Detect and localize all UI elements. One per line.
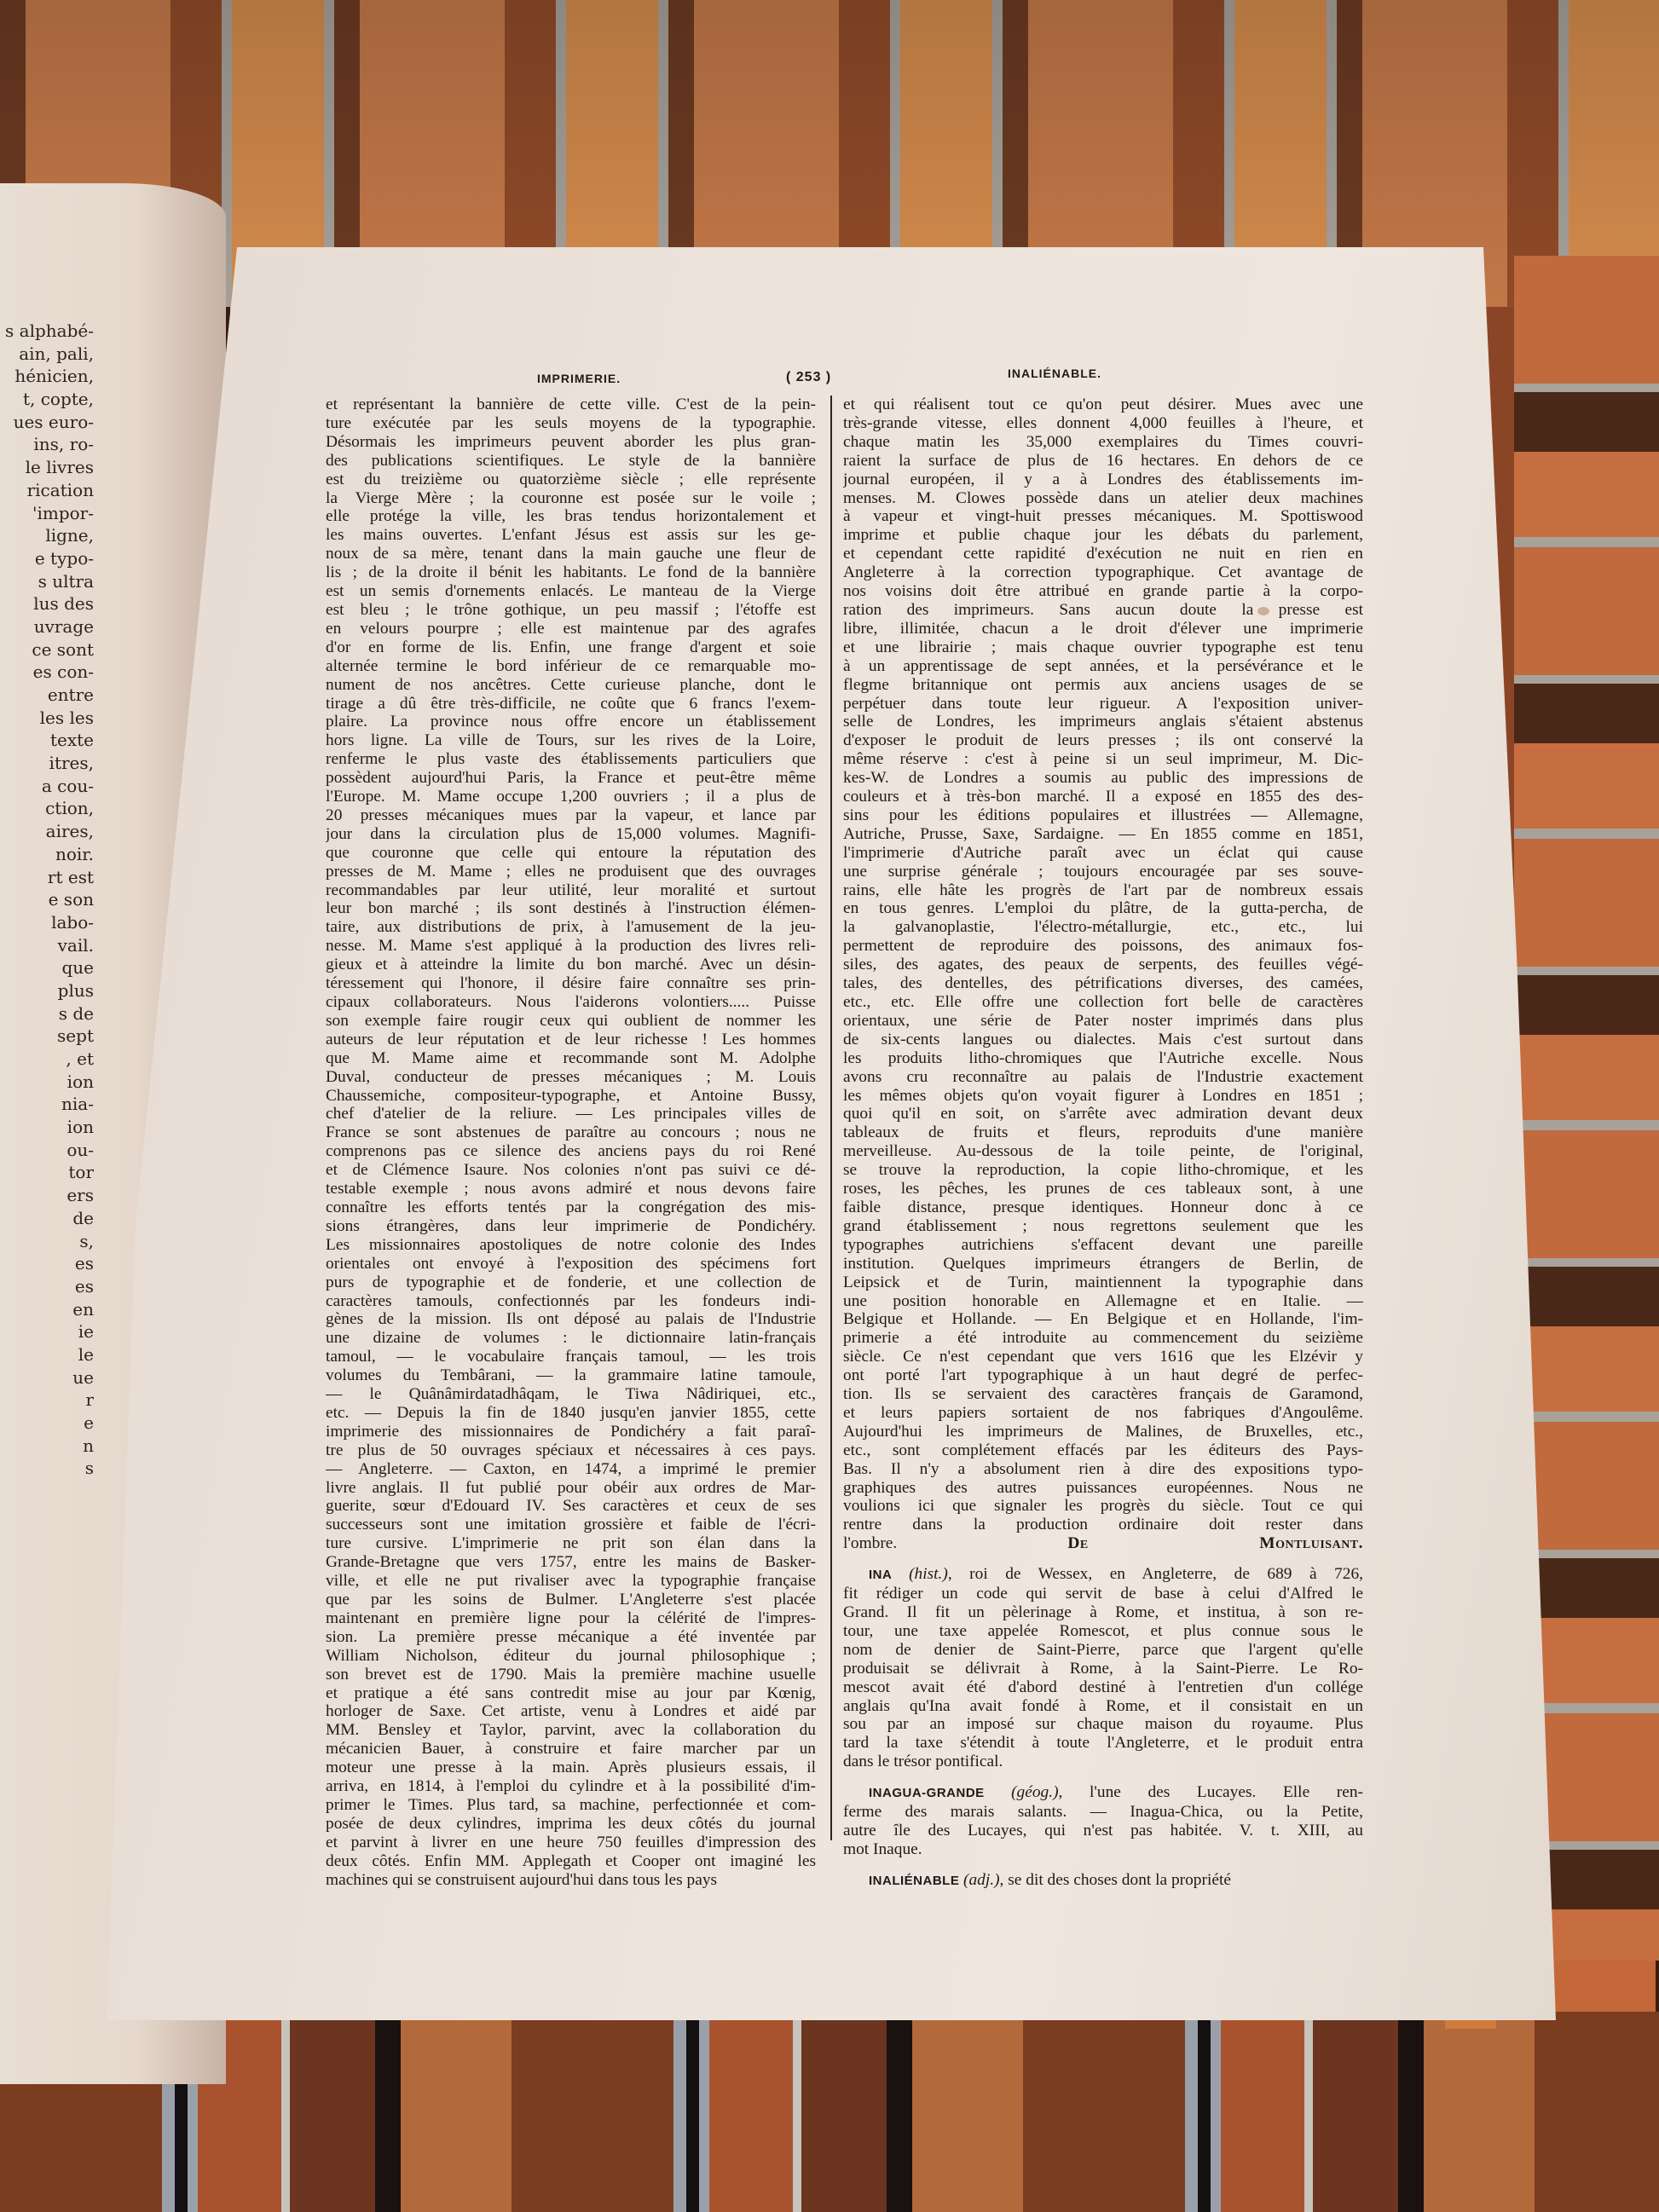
fragment-line: r — [0, 1389, 94, 1412]
text-line: en tous genres. L'emploi du plâtre, de l… — [843, 899, 1363, 918]
imprimerie-continuation: et qui réalisent tout ce qu'on peut dési… — [843, 396, 1363, 1534]
left-page-text-fragments: s alphabé-ain, pali,hénicien,t, copte,ue… — [0, 320, 94, 1480]
fragment-line: e son — [0, 888, 94, 911]
text-line: renferme le plus vaste des établissement… — [326, 750, 816, 769]
text-line: que M. Mame aime et recommande sont M. A… — [326, 1049, 816, 1068]
text-line: taire, aux distributions de prix, à l'am… — [326, 918, 816, 937]
text-line: graphiques des autres puissances europée… — [843, 1479, 1363, 1498]
page-number: ( 253 ) — [786, 370, 831, 385]
fragment-line: le livres — [0, 456, 94, 479]
text-line: roses, les pêches, les prunes de ces tab… — [843, 1180, 1363, 1198]
left-column: et représentant la bannière de cette vil… — [326, 396, 816, 1891]
text-line: une surprise générale ; toujours encoura… — [843, 863, 1363, 881]
fragment-line: nia- — [0, 1093, 94, 1116]
text-line: Autriche, Prusse, Saxe, Sardaigne. — En … — [843, 825, 1363, 844]
fragment-line: lus des — [0, 592, 94, 615]
fragment-line: s, — [0, 1230, 94, 1253]
dictionary-entry: INA (hist.), roi de Wessex, en Angleterr… — [843, 1565, 1363, 1771]
text-line: tales, des dentelles, des pétrifications… — [843, 974, 1363, 993]
text-line: des publications scientifiques. Le style… — [326, 452, 816, 471]
fragment-line: ion — [0, 1071, 94, 1094]
text-line: sou par an imposé sur chaque maison du r… — [843, 1715, 1363, 1734]
text-line: kes-W. de Londres a soumis au public des… — [843, 769, 1363, 788]
text-line: et de Clémence Isaure. Nos colonies n'on… — [326, 1161, 816, 1180]
text-line: siècle. Ce n'est cependant que vers 1616… — [843, 1348, 1363, 1366]
text-line: produisait se délivrait à Rome, à la Sai… — [843, 1660, 1363, 1678]
text-line: les produits litho-chromiques que l'Autr… — [843, 1049, 1363, 1068]
text-line: une position honorable en Allemagne et e… — [843, 1292, 1363, 1311]
fragment-line: sept — [0, 1025, 94, 1048]
text-line: perpétuer dans toute leur rigueur. A l'e… — [843, 695, 1363, 713]
text-line: que couronne que celle qui entoure la ré… — [326, 844, 816, 863]
fragment-line: n — [0, 1435, 94, 1458]
fragment-line: noir. — [0, 843, 94, 866]
entry-qualifier: (hist.) — [909, 1565, 948, 1583]
text-line: successeurs sont une imitation grossière… — [326, 1516, 816, 1534]
fragment-line: hénicien, — [0, 365, 94, 388]
text-line: etc., sont complétement effacés par les … — [843, 1441, 1363, 1460]
text-line: et représentant la bannière de cette vil… — [326, 396, 816, 414]
entry-qualifier: (adj.) — [963, 1871, 1000, 1889]
text-line: anglais qu'Ina avait fondé à Rome, et il… — [843, 1697, 1363, 1716]
text-line: voulions ici que signaler les progrès du… — [843, 1497, 1363, 1516]
text-line: volumes du Tembârani, — la grammaire lat… — [326, 1366, 816, 1385]
text-line: une dizaine de volumes : le dictionnaire… — [326, 1329, 816, 1348]
text-line: institution. Quelques imprimeurs étrange… — [843, 1255, 1363, 1273]
text-line: mescot avait été d'abord destiné à l'ent… — [843, 1678, 1363, 1697]
text-line: d'or en forme de lis. Enfin, une frange … — [326, 638, 816, 657]
text-line: menses. M. Clowes possède dans un atelie… — [843, 489, 1363, 508]
text-line: tour, une taxe appelée Romescot, et plus… — [843, 1622, 1363, 1641]
text-line: mot Inaque. — [843, 1840, 1363, 1859]
entry-qualifier: (géog.) — [1011, 1783, 1058, 1801]
text-line: orientaux, une série de Pater noster imp… — [843, 1012, 1363, 1031]
text-line: presses de M. Mame ; elles ne produisent… — [326, 863, 816, 881]
fragment-line: ce sont — [0, 638, 94, 661]
text-line: comprenons pas ce silence des anciens pa… — [326, 1142, 816, 1161]
fragment-line: 'impor- — [0, 502, 94, 525]
fragment-line: de — [0, 1207, 94, 1230]
text-line: couleurs et à très-bon marché. Il a expo… — [843, 788, 1363, 806]
text-line: son brevet est de 1790. Mais la première… — [326, 1666, 816, 1684]
running-head: IMPRIMERIE. ( 253 ) INALIÉNABLE. — [326, 368, 1383, 392]
text-line: Belgique et Hollande. — En Belgique et e… — [843, 1310, 1363, 1329]
text-line: fit rédiger un code qui servit de base à… — [843, 1585, 1363, 1603]
fragment-line: ain, pali, — [0, 343, 94, 366]
text-line: raient la surface de plus de 16 hectares… — [843, 452, 1363, 471]
text-line: Désormais les imprimeurs peuvent aborder… — [326, 433, 816, 452]
text-line: nos voisins doit être attribué en grande… — [843, 582, 1363, 601]
fragment-line: , et — [0, 1048, 94, 1071]
text-line: INALIÉNABLE (adj.), se dit des choses do… — [843, 1871, 1363, 1891]
column-divider — [830, 396, 832, 1840]
text-line: de six-cents langues ou dialectes. Mais … — [843, 1031, 1363, 1049]
text-line: se trouve la reproduction, la copie lith… — [843, 1161, 1363, 1180]
fragment-line: e — [0, 1412, 94, 1435]
text-line: est un semis d'ornements enlacés. Le man… — [326, 582, 816, 601]
text-line: purs de typographie et de fonderie, et u… — [326, 1273, 816, 1292]
fragment-line: ue — [0, 1366, 94, 1389]
text-line: machines qui se construisent aujourd'hui… — [326, 1871, 816, 1890]
text-line: MM. Bensley et Taylor, parvint, avec la … — [326, 1721, 816, 1740]
fragment-line: vail. — [0, 934, 94, 957]
text-line: mécanicien Bauer, à construire et faire … — [326, 1740, 816, 1759]
text-line: chaque matin les 35,000 exemplaires du T… — [843, 433, 1363, 452]
author-signature: De Montluisant. — [1067, 1534, 1363, 1552]
text-line: INA (hist.), roi de Wessex, en Angleterr… — [843, 1565, 1363, 1585]
tiled-table-bottom — [0, 2012, 1659, 2212]
text-line: la galvanoplastie, l'électro-métallurgie… — [843, 918, 1363, 937]
signature-line: l'ombre. De Montluisant. — [843, 1534, 1363, 1553]
fragment-line: rication — [0, 479, 94, 502]
fragment-line: t, copte, — [0, 388, 94, 411]
text-line: INAGUA-GRANDE (géog.), l'une des Lucayes… — [843, 1783, 1363, 1803]
fragment-line: itres, — [0, 752, 94, 775]
text-line: jour dans la circulation plus de 15,000 … — [326, 825, 816, 844]
text-line: sins pour les éditions populaires et ill… — [843, 806, 1363, 825]
text-line: deux côtés. Enfin MM. Applegath et Coope… — [326, 1852, 816, 1871]
text-line: alternée termine le bord inférieur de ce… — [326, 657, 816, 676]
text-line: connaître les efforts tentés par la cong… — [326, 1198, 816, 1217]
text-line: recommandables par leur utilité, leur mo… — [326, 881, 816, 900]
fragment-line: ou- — [0, 1139, 94, 1162]
text-line: plaire. La province nous offre encore un… — [326, 713, 816, 731]
text-line: ont porté l'art typographique à un haut … — [843, 1366, 1363, 1385]
text-line: siles, des agates, des peaux de serpents… — [843, 956, 1363, 974]
fragment-line: en — [0, 1298, 94, 1321]
text-line: et une librairie ; mais chaque ouvrier t… — [843, 638, 1363, 657]
text-line: auteurs de leur réputation et de leur ri… — [326, 1031, 816, 1049]
text-line: nument de nos ancêtres. Cette curieuse p… — [326, 676, 816, 695]
text-line: 20 presses mécaniques mues par la vapeur… — [326, 806, 816, 825]
text-line: et qui réalisent tout ce qu'on peut dési… — [843, 396, 1363, 414]
fragment-line: ligne, — [0, 524, 94, 547]
text-line: dans le trésor pontifical. — [843, 1753, 1363, 1771]
page-content: IMPRIMERIE. ( 253 ) INALIÉNABLE. et repr… — [326, 368, 1383, 1891]
text-line: les mêmes objets qu'on voyait figurer à … — [843, 1087, 1363, 1106]
text-line: tion. Ils se servaient des caractères fr… — [843, 1385, 1363, 1404]
text-line: quoi qu'il en soit, on s'arrête avec adm… — [843, 1105, 1363, 1123]
text-line: l'imprimerie d'Autriche paraît avec un é… — [843, 844, 1363, 863]
text-line: imprimerie des missionnaires de Pondiché… — [326, 1423, 816, 1441]
text-line: est bleu ; le trône gothique, un peu mas… — [326, 601, 816, 620]
text-line: chef d'atelier de la reliure. — Les prin… — [326, 1105, 816, 1123]
text-line: et cependant cette rapidité d'exécution … — [843, 545, 1363, 563]
text-line: — Angleterre. — Caxton, en 1474, a impri… — [326, 1460, 816, 1479]
text-line: Chaussemiche, compositeur-typographe, et… — [326, 1087, 816, 1106]
fragment-line: que — [0, 956, 94, 979]
fragment-line: labo- — [0, 911, 94, 934]
text-line: grand établissement ; nous regrettons se… — [843, 1217, 1363, 1236]
dictionary-entries: INA (hist.), roi de Wessex, en Angleterr… — [843, 1565, 1363, 1891]
text-line: primerie a été introduite au commencemen… — [843, 1329, 1363, 1348]
text-line: Bas. Il n'y a absolument rien à dire des… — [843, 1460, 1363, 1479]
text-line: testable exemple ; nous avons admiré et … — [326, 1180, 816, 1198]
text-line: William Nicholson, éditeur du journal ph… — [326, 1647, 816, 1666]
text-line: tableaux de fruits et fleurs, reproduits… — [843, 1123, 1363, 1142]
text-line: ture cursive. L'imprimerie ne prit son é… — [326, 1534, 816, 1553]
text-line: son exemple faire rougir ceux qui oublie… — [326, 1012, 816, 1031]
text-line: nom de denier de Saint-Pierre, parce que… — [843, 1641, 1363, 1660]
text-line: livre anglais. Il fut publié pour obéir … — [326, 1479, 816, 1498]
text-line: sions étrangères, dans leur imprimerie d… — [326, 1217, 816, 1236]
fragment-line: ers — [0, 1184, 94, 1207]
text-line: même réserve : c'est à peine si un seul … — [843, 750, 1363, 769]
text-line: Duval, conducteur de presses mécaniques … — [326, 1068, 816, 1087]
fragment-line: es — [0, 1252, 94, 1275]
right-column: et qui réalisent tout ce qu'on peut dési… — [843, 396, 1363, 1891]
fragment-line: s alphabé- — [0, 320, 94, 343]
text-line: sion. La première presse mécanique a été… — [326, 1628, 816, 1647]
text-line: hors ligne. La ville de Tours, sur les r… — [326, 731, 816, 750]
header-left-term: IMPRIMERIE. — [537, 372, 621, 385]
fragment-line: plus — [0, 979, 94, 1002]
dictionary-entry: INAGUA-GRANDE (géog.), l'une des Lucayes… — [843, 1783, 1363, 1859]
text-line: avons cru reconnaître au palais de l'Ind… — [843, 1068, 1363, 1087]
text-line: ville, et elle ne put rivaliser avec la … — [326, 1572, 816, 1591]
text-line: téressement qui l'honore, il désire fair… — [326, 974, 816, 993]
text-line: à un apprentissage de sept années, et la… — [843, 657, 1363, 676]
text-line: d'exposer le produit de leurs presses ; … — [843, 731, 1363, 750]
entry-headword: INALIÉNABLE — [869, 1874, 963, 1888]
text-line: arriva, en 1814, à l'emploi du cylindre … — [326, 1777, 816, 1796]
fragment-line: s de — [0, 1002, 94, 1025]
text-line: est du treizième ou quatorzième siècle ;… — [326, 471, 816, 489]
text-line: etc., etc. Elle offre une collection for… — [843, 993, 1363, 1012]
fragment-line: le — [0, 1343, 94, 1366]
text-line: posée de deux cylindres, imprima les deu… — [326, 1815, 816, 1834]
text-line: horloger de Saxe. Cet artiste, venu à Lo… — [326, 1702, 816, 1721]
text-line: libre, illimitée, chacun a le droit d'él… — [843, 620, 1363, 638]
fragment-line: s — [0, 1457, 94, 1480]
fragment-line: ie — [0, 1320, 94, 1343]
text-line: maintenant en première ligne pour la cél… — [326, 1609, 816, 1628]
fragment-line: es con- — [0, 661, 94, 684]
text-line: lis ; de la droite il bénit les habitant… — [326, 563, 816, 582]
text-line: la Vierge Mère ; la couronne est posée s… — [326, 489, 816, 508]
fragment-line: rt est — [0, 866, 94, 889]
fragment-line: a cou- — [0, 775, 94, 798]
text-line: Grande-Bretagne que vers 1757, entre les… — [326, 1553, 816, 1572]
fragment-line: e typo- — [0, 547, 94, 570]
text-line: noux de sa mère, tenant dans la main gau… — [326, 545, 816, 563]
text-line: l'Europe. M. Mame occupe 1,200 ouvriers … — [326, 788, 816, 806]
text-line: nesse. M. Mame s'est appliqué à la produ… — [326, 937, 816, 956]
text-line: France se sont abstenues de paraître au … — [326, 1123, 816, 1142]
text-line: leur bon marché ; ils sont destinés à l'… — [326, 899, 816, 918]
entry-headword: INAGUA-GRANDE — [869, 1786, 1011, 1800]
fragment-line: es — [0, 1275, 94, 1298]
fragment-line: ction, — [0, 797, 94, 820]
closing-word: l'ombre. — [843, 1534, 897, 1552]
text-line: — le Quânâmirdatadhâqam, le Tiwa Nâdiriq… — [326, 1385, 816, 1404]
text-line: imprime et publie chaque jour les débats… — [843, 526, 1363, 545]
text-line: flegme britannique ont permis aux ancien… — [843, 676, 1363, 695]
fragment-line: ues euro- — [0, 411, 94, 434]
text-line: Les missionnaires apostoliques de notre … — [326, 1236, 816, 1255]
text-line: à vapeur et vingt-huit presses mécanique… — [843, 507, 1363, 526]
text-line: tard la taxe s'étendit à toute l'Anglete… — [843, 1734, 1363, 1753]
text-line: tre plus de 50 ouvrages spéciaux et néce… — [326, 1441, 816, 1460]
fragment-line: uvrage — [0, 615, 94, 638]
fragment-line: ion — [0, 1116, 94, 1139]
text-line: autre île des Lucayes, qui n'est pas hab… — [843, 1822, 1363, 1840]
text-line: que par les soins de Bulmer. L'Angleterr… — [326, 1591, 816, 1609]
fragment-line: s ultra — [0, 570, 94, 593]
text-line: journal européen, il y a à Londres des é… — [843, 471, 1363, 489]
two-column-body: et représentant la bannière de cette vil… — [326, 396, 1383, 1891]
fragment-line: tor — [0, 1161, 94, 1184]
fragment-line: aires, — [0, 820, 94, 843]
text-line: typographes autrichiens s'effacent devan… — [843, 1236, 1363, 1255]
text-line: faible distance, presque identiques. Hon… — [843, 1198, 1363, 1217]
text-line: tirage a dû être très-difficile, ne coût… — [326, 695, 816, 713]
text-line: permettent de reproduire des poissons, d… — [843, 937, 1363, 956]
text-line: ferme des marais salants. — Inagua-Chica… — [843, 1803, 1363, 1822]
text-line: possèdent aujourd'hui Paris, la France e… — [326, 769, 816, 788]
text-line: ture exécutée par les seuls moyens de la… — [326, 414, 816, 433]
text-line: primer le Times. Plus tard, sa machine, … — [326, 1796, 816, 1815]
text-line: Grand. Il fit un pèlerinage à Rome, et i… — [843, 1603, 1363, 1622]
text-line: en velours pourpre ; elle est maintenue … — [326, 620, 816, 638]
text-line: les mains ouvertes. L'enfant Jésus est a… — [326, 526, 816, 545]
text-line: très-grande vitesse, elles donnent 4,000… — [843, 414, 1363, 433]
text-line: et leurs papiers sortaient de nos fabriq… — [843, 1404, 1363, 1423]
header-right-term: INALIÉNABLE. — [1008, 367, 1101, 380]
fragment-line: texte — [0, 729, 94, 752]
text-line: ration des imprimeurs. Sans aucun doute … — [843, 601, 1363, 620]
fragment-line: ins, ro- — [0, 433, 94, 456]
text-line: gieux et à atteindre la limite du bon ma… — [326, 956, 816, 974]
dictionary-entry: INALIÉNABLE (adj.), se dit des choses do… — [843, 1871, 1363, 1891]
text-line: elle protége la ville, les bras tendus h… — [326, 507, 816, 526]
text-line: cipaux collaborateurs. Nous l'aiderons v… — [326, 993, 816, 1012]
text-line: tamoul, — le vocabulaire français tamoul… — [326, 1348, 816, 1366]
fragment-line: les les — [0, 707, 94, 730]
text-line: et parvint à livrer en une heure 750 feu… — [326, 1834, 816, 1852]
text-line: orientales ont envoyé à l'exposition des… — [326, 1255, 816, 1273]
text-line: caractères tamouls, confectionnés par le… — [326, 1292, 816, 1311]
text-line: Angleterre à la correction typographique… — [843, 563, 1363, 582]
text-line: rains, elle hâte les progrès de l'art pa… — [843, 881, 1363, 900]
text-line: Aujourd'hui les imprimeurs de Malines, d… — [843, 1423, 1363, 1441]
text-line: merveilleuse. Au-dessous de la toile pei… — [843, 1142, 1363, 1161]
fragment-line: entre — [0, 684, 94, 707]
text-line: gènes de la mission. Ils ont déposé au p… — [326, 1310, 816, 1329]
entry-headword: INA — [869, 1568, 909, 1582]
text-line: et pratique a été sans contredit mise au… — [326, 1684, 816, 1703]
text-line: selle de Londres, les imprimeurs anglais… — [843, 713, 1363, 731]
text-line: etc. — Depuis la fin de 1840 jusqu'en ja… — [326, 1404, 816, 1423]
text-line: Leipsick et de Turin, maintiennent la ty… — [843, 1273, 1363, 1292]
text-line: moteur une presse à la main. Après plusi… — [326, 1759, 816, 1777]
text-line: rentre dans la production ordinaire doit… — [843, 1516, 1363, 1534]
text-line: guerite, sœur d'Edouard IV. Ses caractèr… — [326, 1497, 816, 1516]
